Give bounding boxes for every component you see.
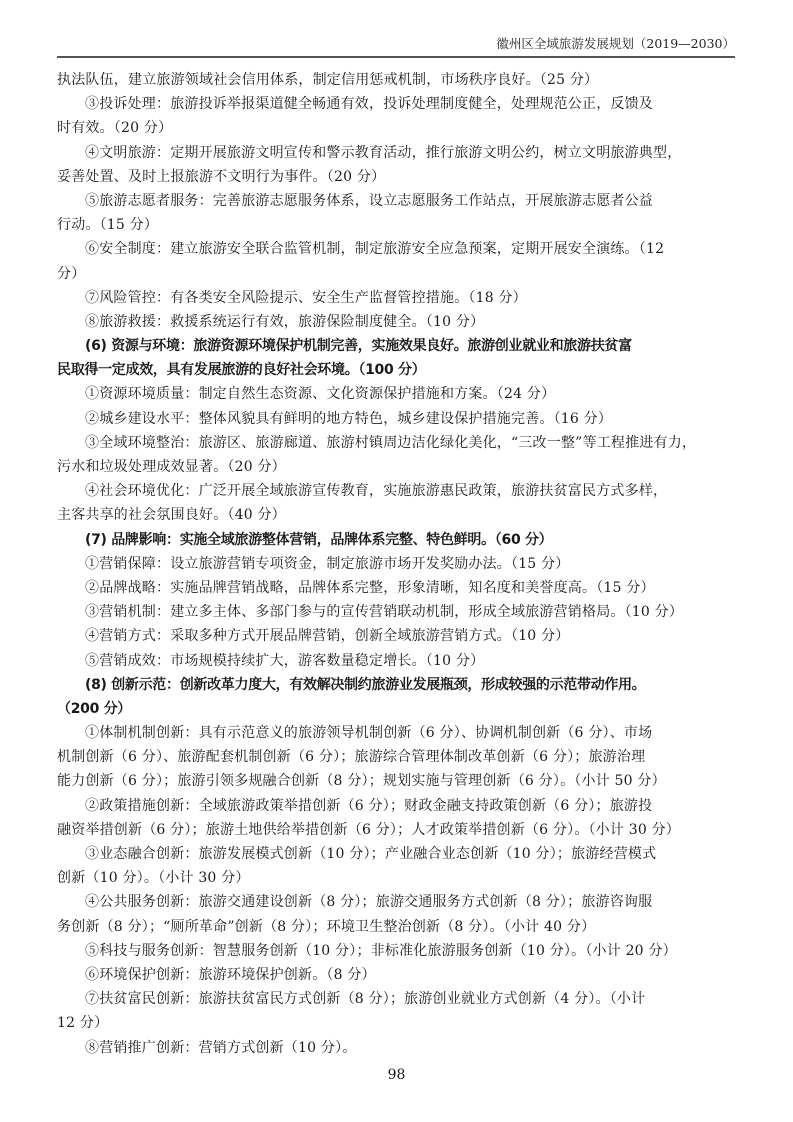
text-line: ⑤旅游志愿者服务：完善旅游志愿服务体系，设立志愿服务工作站点，开展旅游志愿者公益 — [57, 189, 735, 213]
text-line: 创新（10 分）。（小计 30 分） — [57, 866, 735, 890]
text-line: 12 分） — [57, 1011, 735, 1035]
text-line: ③投诉处理：旅游投诉举报渠道健全畅通有效，投诉处理制度健全，处理规范公正，反馈及 — [57, 92, 735, 116]
text-line: 污水和垃圾处理成效显著。（20 分） — [57, 455, 735, 479]
text-line: 行动。（15 分） — [57, 213, 735, 237]
page-body: 执法队伍，建立旅游领域社会信用体系，制定信用惩戒机制，市场秩序良好。（25 分）… — [57, 68, 735, 1060]
text-line: 分） — [57, 262, 735, 286]
text-line: ⑤营销成效：市场规模持续扩大，游客数量稳定增长。（10 分） — [57, 649, 735, 673]
document-title: 徽州区全域旅游发展规划（2019—2030） — [496, 34, 735, 52]
text-line: 时有效。（20 分） — [57, 116, 735, 140]
text-line: ②品牌战略：实施品牌营销战略，品牌体系完整，形象清晰，知名度和美誉度高。（15 … — [57, 576, 735, 600]
text-line: ①营销保障：设立旅游营销专项资金，制定旅游市场开发奖励办法。（15 分） — [57, 552, 735, 576]
text-line: ③业态融合创新：旅游发展模式创新（10 分）；产业融合业态创新（10 分）；旅游… — [57, 842, 735, 866]
text-line: 机制创新（6 分）、旅游配套机制创新（6 分）；旅游综合管理体制改革创新（6 分… — [57, 745, 735, 769]
section-heading-line: 民取得一定成效，具有发展旅游的良好社会环境。（100 分） — [57, 358, 735, 382]
text-line: ④文明旅游：定期开展旅游文明宣传和警示教育活动，推行旅游文明公约，树立文明旅游典… — [57, 141, 735, 165]
text-line: 融资举措创新（6 分）；旅游土地供给举措创新（6 分）；人才政策举措创新（6 分… — [57, 818, 735, 842]
text-line: ③营销机制：建立多主体、多部门参与的宣传营销联动机制，形成全域旅游营销格局。（1… — [57, 600, 735, 624]
text-line: ⑥环境保护创新：旅游环境保护创新。（8 分） — [57, 963, 735, 987]
text-line: 能力创新（6 分）；旅游引领多规融合创新（8 分）；规划实施与管理创新（6 分）… — [57, 769, 735, 793]
text-line: ①资源环境质量：制定自然生态资源、文化资源保护措施和方案。（24 分） — [57, 382, 735, 406]
text-line: ⑧旅游救援：救援系统运行有效，旅游保险制度健全。（10 分） — [57, 310, 735, 334]
text-line: ⑧营销推广创新：营销方式创新（10 分）。 — [57, 1036, 735, 1060]
section-heading-line: (6) 资源与环境：旅游资源环境保护机制完善，实施效果良好。旅游创业就业和旅游扶… — [57, 334, 735, 358]
text-line: ④公共服务创新：旅游交通建设创新（8 分）；旅游交通服务方式创新（8 分）；旅游… — [57, 890, 735, 914]
text-line: ⑦风险管控：有各类安全风险提示、安全生产监督管控措施。（18 分） — [57, 286, 735, 310]
text-line: ①体制机制创新：具有示范意义的旅游领导机制创新（6 分）、协调机制创新（6 分）… — [57, 721, 735, 745]
text-line: ③全域环境整治：旅游区、旅游廊道、旅游村镇周边洁化绿化美化，“三改一整”等工程推… — [57, 431, 735, 455]
text-line: 执法队伍，建立旅游领域社会信用体系，制定信用惩戒机制，市场秩序良好。（25 分） — [57, 68, 735, 92]
text-line: ⑤科技与服务创新：智慧服务创新（10 分）；非标准化旅游服务创新（10 分）。（… — [57, 939, 735, 963]
text-line: ②政策措施创新：全域旅游政策举措创新（6 分）；财政金融支持政策创新（6 分）；… — [57, 794, 735, 818]
text-line: ⑥安全制度：建立旅游安全联合监管机制，制定旅游安全应急预案，定期开展安全演练。（… — [57, 237, 735, 261]
text-line: ⑦扶贫富民创新：旅游扶贫富民方式创新（8 分）；旅游创业就业方式创新（4 分）。… — [57, 987, 735, 1011]
section-heading-line: （200 分） — [57, 697, 735, 721]
text-line: 主客共享的社会氛围良好。（40 分） — [57, 503, 735, 527]
section-heading-line: (7) 品牌影响：实施全域旅游整体营销，品牌体系完整、特色鲜明。（60 分） — [57, 528, 735, 552]
text-line: 务创新（8 分）；“厕所革命”创新（8 分）；环境卫生整治创新（8 分）。（小计… — [57, 915, 735, 939]
page-header: 徽州区全域旅游发展规划（2019—2030） — [57, 34, 735, 58]
section-heading-line: (8) 创新示范：创新改革力度大，有效解决制约旅游业发展瓶颈，形成较强的示范带动… — [57, 673, 735, 697]
text-line: ②城乡建设水平：整体风貌具有鲜明的地方特色，城乡建设保护措施完善。（16 分） — [57, 407, 735, 431]
page-number: 98 — [0, 1067, 793, 1083]
text-line: ④营销方式：采取多种方式开展品牌营销，创新全域旅游营销方式。（10 分） — [57, 624, 735, 648]
text-line: 妥善处置、及时上报旅游不文明行为事件。（20 分） — [57, 165, 735, 189]
text-line: ④社会环境优化：广泛开展全域旅游宣传教育，实施旅游惠民政策，旅游扶贫富民方式多样… — [57, 479, 735, 503]
